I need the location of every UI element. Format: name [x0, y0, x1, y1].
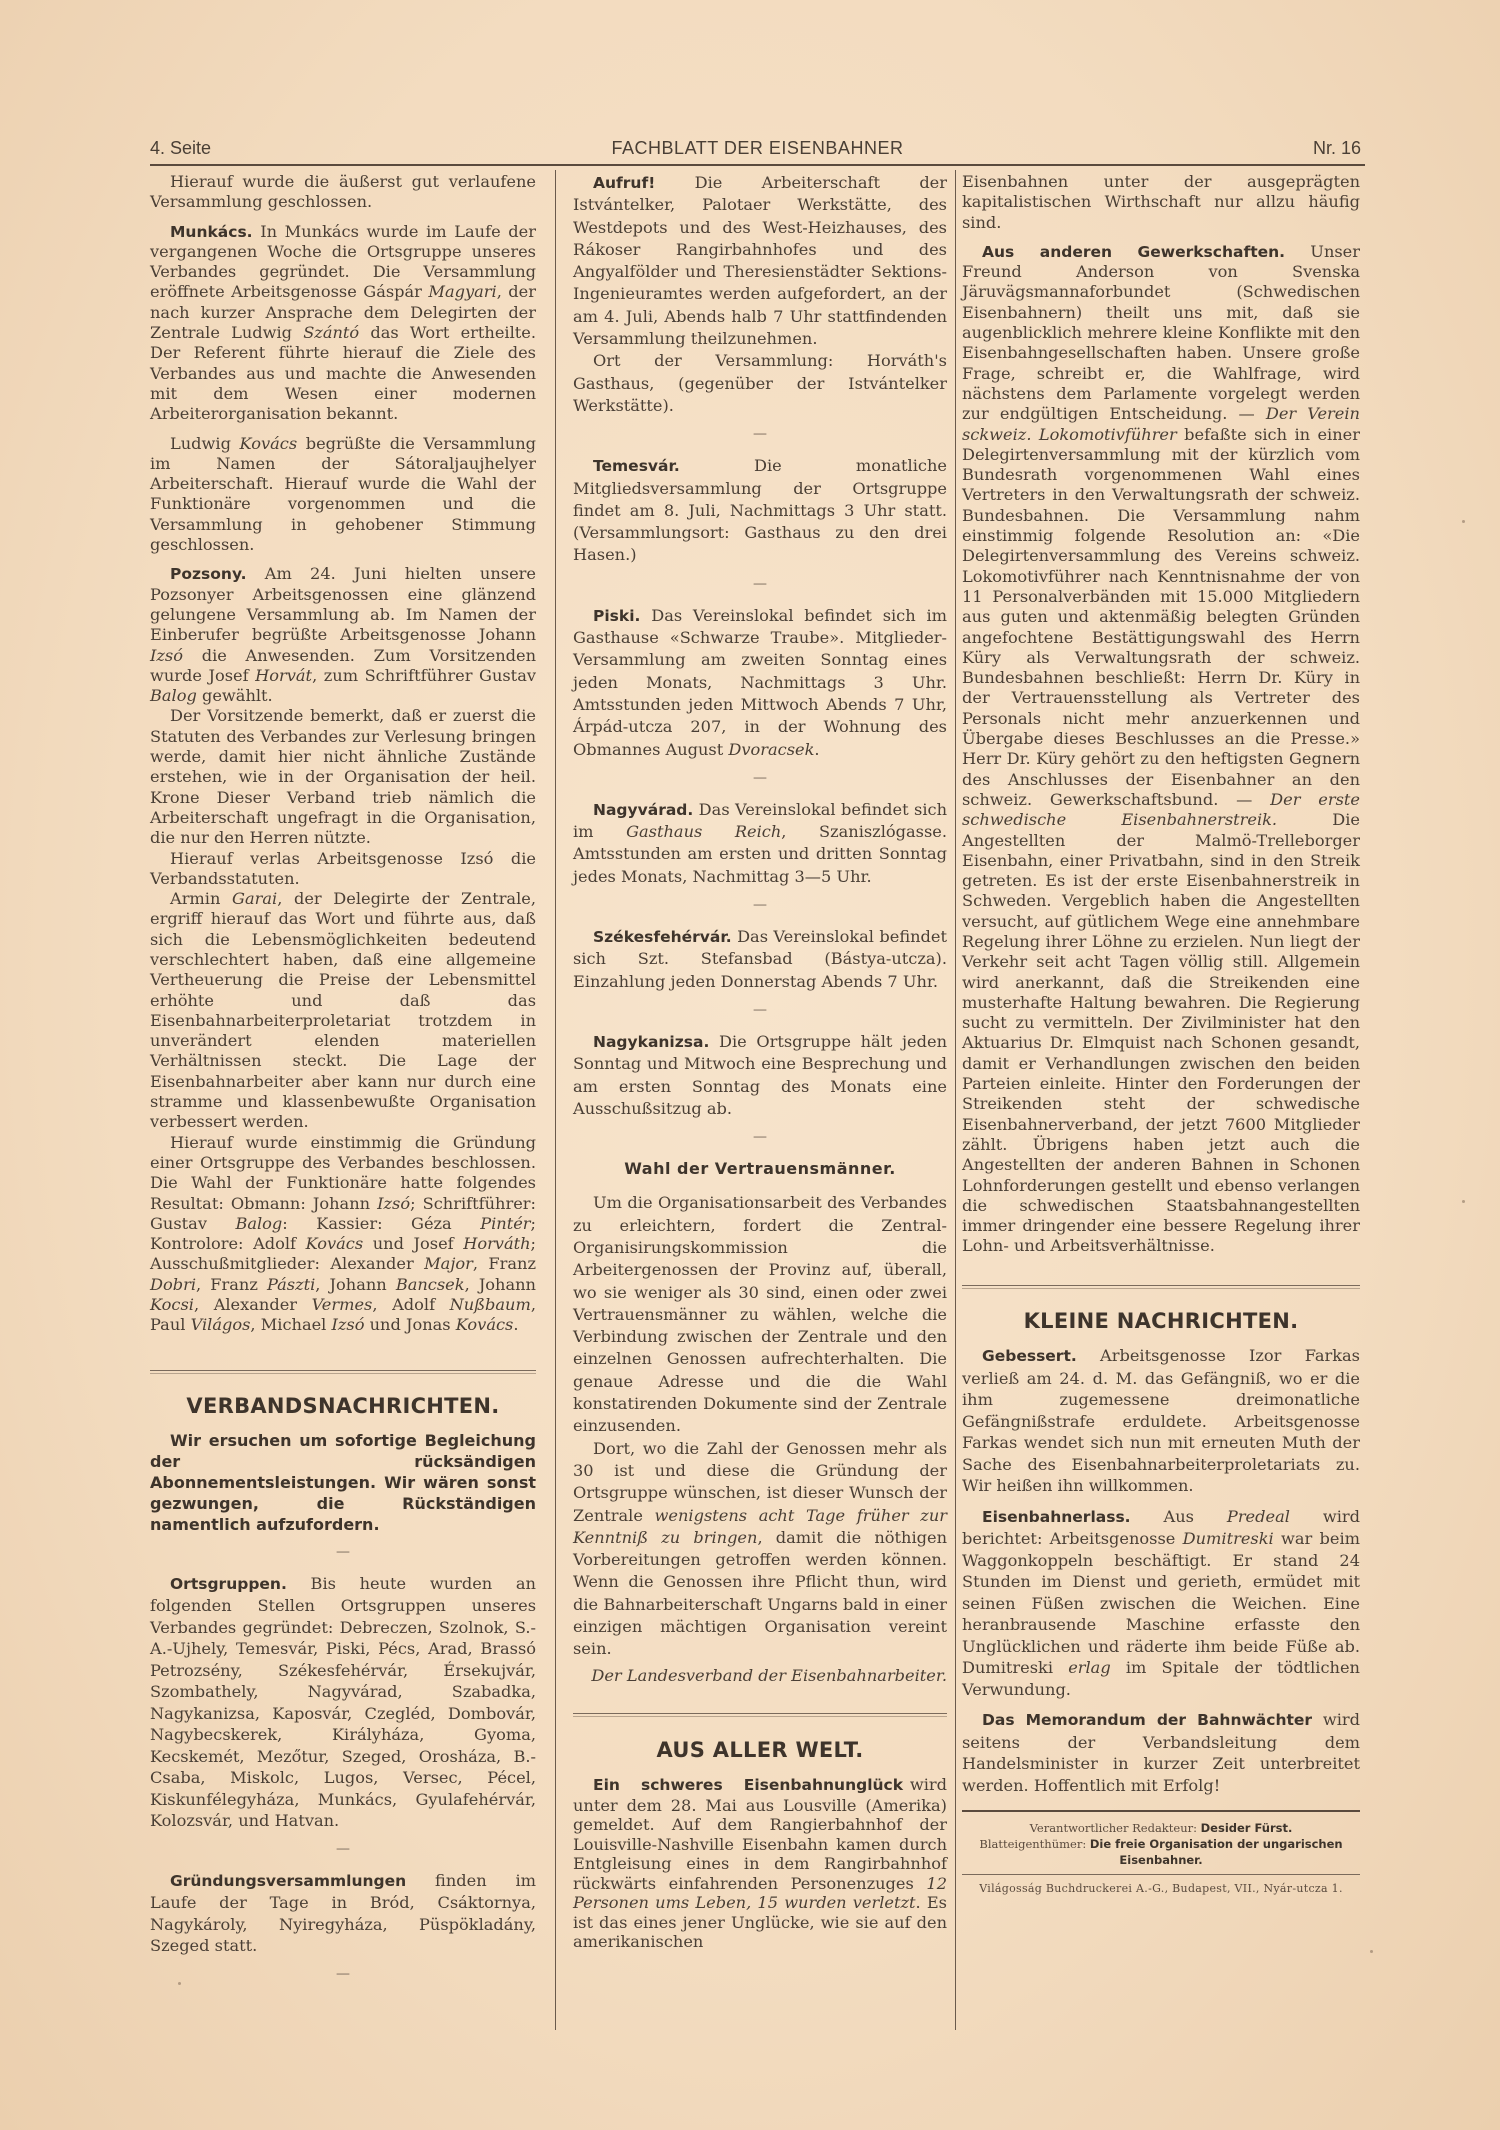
issue-number: Nr. 16	[1313, 138, 1361, 159]
article-memorandum: Das Memorandum der Bahnwächter wird seit…	[962, 1709, 1360, 1796]
continuation-paragraph: Eisenbahnen unter der ausgeprägten kapit…	[962, 172, 1360, 233]
imprint-editor: Verantwortlicher Redakteur: Desider Fürs…	[962, 1820, 1360, 1836]
section-title-aus-aller-welt: AUS ALLER WELT.	[573, 1739, 947, 1761]
kleine-nachrichten-body: Gebessert. Arbeitsgenosse Izor Farkas ve…	[962, 1345, 1360, 1796]
separator-dash: —	[573, 1130, 947, 1144]
heading-nagyvarad: Nagyvárad.	[593, 801, 693, 819]
imprint-divider	[962, 1810, 1360, 1812]
section-divider	[150, 1370, 536, 1374]
signature: Der Landesverband der Eisenbahnarbeiter.	[573, 1665, 947, 1687]
separator-dash: —	[573, 771, 947, 785]
article-munkacs: Munkács. In Munkács wurde im Laufe der v…	[150, 222, 536, 425]
article-szekesfehervar: Székesfehérvár. Das Vereinslokal befinde…	[573, 926, 947, 993]
heading-eisenbahnunglueck: Ein schweres Eisenbahnunglück	[593, 1776, 903, 1794]
pozsony-paragraph-4: Armin Garai, der Delegirte der Zentrale,…	[150, 889, 536, 1133]
separator-dash: —	[150, 1842, 536, 1856]
article-eisenbahnunglueck: Ein schweres Eisenbahnunglück wird unter…	[573, 1775, 947, 1952]
section-divider	[962, 1285, 1360, 1289]
heading-pozsony: Pozsony.	[170, 565, 247, 583]
heading-nagykanizsa: Nagykanizsa.	[593, 1033, 709, 1051]
heading-gebessert: Gebessert.	[982, 1347, 1077, 1365]
heading-gruendungsversammlungen: Gründungsversammlungen	[170, 1872, 406, 1890]
section-title-wahl: Wahl der Vertrauensmänner.	[573, 1158, 947, 1180]
separator-dash: —	[150, 1545, 536, 1559]
heading-munkacs: Munkács.	[170, 223, 253, 241]
article-gebessert: Gebessert. Arbeitsgenosse Izor Farkas ve…	[962, 1345, 1360, 1497]
heading-piski: Piski.	[593, 607, 640, 625]
paper-speck	[1370, 1950, 1373, 1953]
section-title-kleine-nachrichten: KLEINE NACHRICHTEN.	[962, 1311, 1360, 1331]
publication-title: FACHBLATT DER EISENBAHNER	[150, 138, 1365, 159]
paper-speck	[1462, 520, 1465, 523]
payment-notice: Wir ersuchen um sofortige Begleichung de…	[150, 1430, 536, 1535]
munkacs-paragraph-2: Ludwig Kovács begrüßte die Versammlung i…	[150, 434, 536, 556]
article-gewerkschaften: Aus anderen Gewerkschaften. Unser Freund…	[962, 242, 1360, 1257]
separator-dash: —	[573, 898, 947, 912]
wahl-paragraph-2: Dort, wo die Zahl der Genossen mehr als …	[573, 1438, 947, 1661]
column-middle: Aufruf! Die Arbeiterschaft der Istvántel…	[573, 172, 947, 1961]
column-right: Eisenbahnen unter der ausgeprägten kapit…	[962, 172, 1360, 1899]
article-nagyvarad: Nagyvárad. Das Vereinslokal befindet sic…	[573, 799, 947, 888]
section-title-verbandsnachrichten: VERBANDSNACHRICHTEN.	[150, 1396, 536, 1416]
article-ortsgruppen: Ortsgruppen. Bis heute wurden an folgend…	[150, 1573, 536, 1832]
pozsony-paragraph-2: Der Vorsitzende bemerkt, daß er zuerst d…	[150, 706, 536, 848]
heading-eisenbahnerlass: Eisenbahnerlass.	[982, 1508, 1131, 1526]
column-divider-1	[555, 170, 556, 2030]
article-gruendungsversammlungen: Gründungsversammlungen finden im Laufe d…	[150, 1870, 536, 1957]
paper-speck	[1462, 1200, 1465, 1203]
aufruf-location: Ort der Versammlung: Horváth's Gasthaus,…	[573, 350, 947, 417]
heading-gewerkschaften: Aus anderen Gewerkschaften.	[982, 243, 1285, 261]
separator-dash: —	[573, 577, 947, 591]
page-header: 4. Seite FACHBLATT DER EISENBAHNER Nr. 1…	[150, 134, 1365, 166]
imprint-printer: Világosság Buchdruckerei A.-G., Budapest…	[962, 1879, 1360, 1899]
wahl-paragraph-1: Um die Organisationsarbeit des Verbandes…	[573, 1192, 947, 1437]
imprint-owner: Blatteigenthümer: Die freie Organisation…	[962, 1836, 1360, 1868]
intro-paragraph: Hierauf wurde die äußerst gut verlaufene…	[150, 172, 536, 213]
section-divider	[573, 1713, 947, 1717]
imprint-divider-2	[962, 1874, 1360, 1875]
separator-dash: —	[573, 1003, 947, 1017]
article-temesvar: Temesvár. Die monatliche Mitgliedsversam…	[573, 455, 947, 566]
pozsony-paragraph-3: Hierauf verlas Arbeitsgenosse Izsó die V…	[150, 849, 536, 890]
article-aufruf: Aufruf! Die Arbeiterschaft der Istvántel…	[573, 172, 947, 350]
article-eisenbahnerlass: Eisenbahnerlass. Aus Predeal wird berich…	[962, 1506, 1360, 1701]
heading-temesvar: Temesvár.	[593, 457, 680, 475]
article-nagykanizsa: Nagykanizsa. Die Ortsgruppe hält jeden S…	[573, 1031, 947, 1120]
heading-szekesfehervar: Székesfehérvár.	[593, 928, 732, 946]
heading-memorandum: Das Memorandum der Bahnwächter	[982, 1711, 1312, 1729]
paper-speck	[178, 1982, 181, 1985]
article-pozsony: Pozsony. Am 24. Juni hielten unsere Pozs…	[150, 564, 536, 706]
heading-ortsgruppen: Ortsgruppen.	[170, 1575, 287, 1593]
pozsony-paragraph-5: Hierauf wurde einstimmig die Gründung ei…	[150, 1133, 536, 1336]
column-divider-2	[955, 170, 956, 2030]
heading-aufruf: Aufruf!	[593, 174, 655, 192]
column-left: Hierauf wurde die äußerst gut verlaufene…	[150, 172, 536, 1995]
separator-dash: —	[150, 1967, 536, 1981]
article-piski: Piski. Das Vereinslokal befindet sich im…	[573, 605, 947, 761]
separator-dash: —	[573, 427, 947, 441]
